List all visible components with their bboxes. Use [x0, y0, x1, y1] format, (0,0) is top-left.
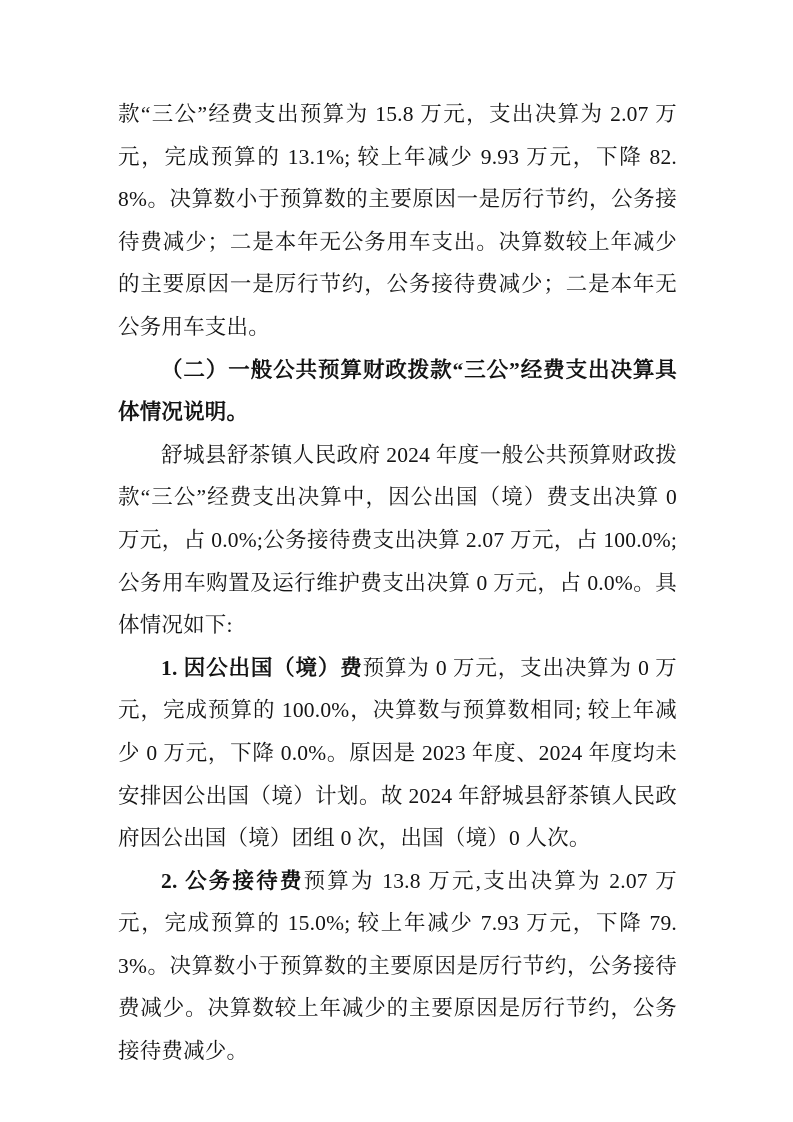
- paragraph-continuation: 款“三公”经费支出预算为 15.8 万元，支出决算为 2.07 万元，完成预算的…: [118, 93, 677, 349]
- section-heading: （二）一般公共预算财政拨款“三公”经费支出决算具体情况说明。: [118, 349, 677, 434]
- document-page: 款“三公”经费支出预算为 15.8 万元，支出决算为 2.07 万元，完成预算的…: [0, 0, 793, 1122]
- item-1-label: 1. 因公出国（境）费: [161, 656, 363, 680]
- item-2-label: 2. 公务接待费: [161, 869, 304, 893]
- paragraph-item-1: 1. 因公出国（境）费预算为 0 万元，支出决算为 0 万元，完成预算的 100…: [118, 647, 677, 860]
- item-1-text: 预算为 0 万元，支出决算为 0 万元，完成预算的 100.0%，决算数与预算数…: [118, 656, 677, 850]
- paragraph-item-2: 2. 公务接待费预算为 13.8 万元,支出决算为 2.07 万元，完成预算的 …: [118, 860, 677, 1073]
- paragraph-overview: 舒城县舒茶镇人民政府 2024 年度一般公共预算财政拨款“三公”经费支出决算中，…: [118, 434, 677, 647]
- item-2-text: 预算为 13.8 万元,支出决算为 2.07 万元，完成预算的 15.0%; 较…: [118, 869, 677, 1063]
